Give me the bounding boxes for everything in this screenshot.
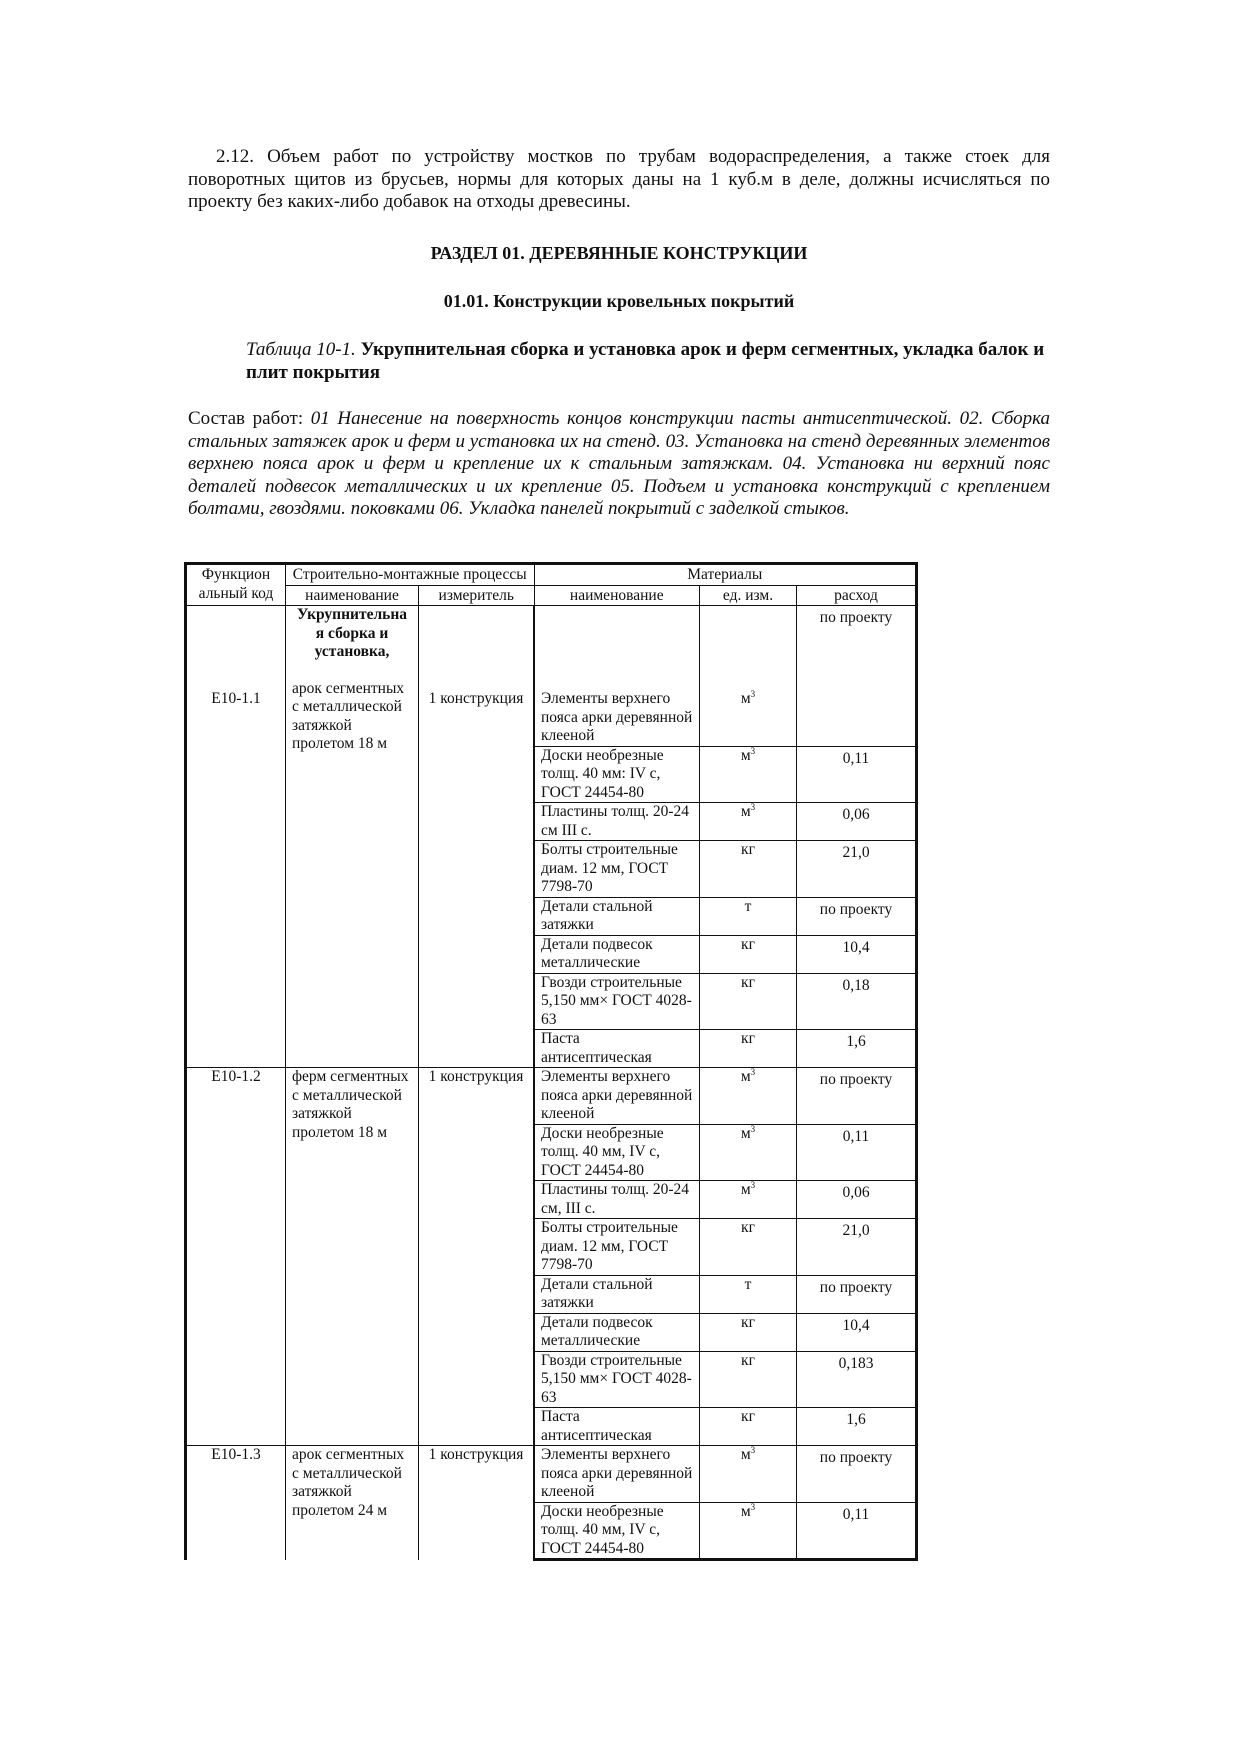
table-caption: Таблица 10-1. Укрупнительная сборка и ус… xyxy=(246,339,1050,384)
process-measure: 1 конструкция xyxy=(419,1068,535,1446)
material-qty: по проекту xyxy=(797,1068,917,1125)
unit-text: м xyxy=(741,747,751,764)
material-unit: т xyxy=(700,897,797,935)
material-unit: кг xyxy=(700,1030,797,1068)
material-name: Элементы верхнего пояса арки деревянной … xyxy=(534,1068,700,1125)
material-name: Доски необрезные толщ. 40 мм, IV с, ГОСТ… xyxy=(534,1502,700,1560)
material-name: Паста антисептическая xyxy=(534,1408,700,1446)
unit-text: м xyxy=(741,1503,751,1520)
header-process-name: наименование xyxy=(286,585,419,606)
section-title: РАЗДЕЛ 01. ДЕРЕВЯННЫЕ КОНСТРУКЦИИ xyxy=(188,243,1050,264)
intro-paragraph: 2.12. Объем работ по устройству мостков … xyxy=(188,146,1050,214)
material-qty: 0,06 xyxy=(797,803,917,841)
header-code: Функцион альный код xyxy=(186,564,286,606)
unit-text: кг xyxy=(741,1408,755,1425)
material-qty: по проекту xyxy=(797,606,917,747)
process-measure: 1 конструкция xyxy=(419,1446,535,1560)
material-unit: м3 xyxy=(700,1124,797,1181)
unit-text: м xyxy=(741,1181,751,1198)
process-name: арок сегментных с металлической затяжкой… xyxy=(286,1446,419,1560)
function-code: Е10-1.2 xyxy=(186,1068,286,1446)
work-composition-label: Состав работ: xyxy=(188,408,303,429)
material-name: Детали стальной затяжки xyxy=(534,897,700,935)
unit-superscript: 3 xyxy=(751,689,756,699)
unit-text: кг xyxy=(741,1219,755,1236)
work-composition-text: 01 Нанесение на поверхность концов конст… xyxy=(188,408,1050,519)
material-qty: 10,4 xyxy=(797,935,917,973)
material-name: Детали стальной затяжки xyxy=(534,1275,700,1313)
material-unit: м3 xyxy=(700,1502,797,1560)
unit-text: м xyxy=(741,690,751,707)
document-page: 2.12. Объем работ по устройству мостков … xyxy=(188,146,1050,214)
material-unit: кг xyxy=(700,841,797,898)
unit-superscript: 3 xyxy=(751,1124,756,1134)
material-qty: по проекту xyxy=(797,1446,917,1503)
material-qty: 21,0 xyxy=(797,1219,917,1276)
material-unit: кг xyxy=(700,1351,797,1408)
unit-text: кг xyxy=(741,1030,755,1047)
table-caption-label: Таблица 10-1. xyxy=(246,339,356,360)
material-unit: м3 xyxy=(700,1068,797,1125)
unit-text: т xyxy=(745,898,752,915)
unit-superscript: 3 xyxy=(751,746,756,756)
material-unit: м3 xyxy=(700,803,797,841)
header-material-qty: расход xyxy=(797,585,917,606)
material-unit: м3 xyxy=(700,1446,797,1503)
group-title: Укрупнительна я сборка и установка, xyxy=(292,606,412,662)
material-unit: м3 xyxy=(700,606,797,747)
material-unit: м3 xyxy=(700,1181,797,1219)
function-code: Е10-1.1 xyxy=(186,606,286,1068)
process-name-text: ферм сегментных с металлической затяжкой… xyxy=(292,1068,408,1141)
process-name-text: арок сегментных с металлической затяжкой… xyxy=(292,680,404,753)
norms-table-body: Е10-1.1Укрупнительна я сборка и установк… xyxy=(186,606,917,1560)
material-qty: 0,11 xyxy=(797,1502,917,1560)
material-unit: кг xyxy=(700,1408,797,1446)
function-code: Е10-1.3 xyxy=(186,1446,286,1560)
material-name: Гвозди строительные 5,150 мм× ГОСТ 4028-… xyxy=(534,973,700,1030)
material-unit: м3 xyxy=(700,746,797,803)
unit-text: кг xyxy=(741,974,755,991)
unit-superscript: 3 xyxy=(751,802,756,812)
header-material-name: наименование xyxy=(534,585,700,606)
work-composition: Состав работ: 01 Нанесение на поверхност… xyxy=(188,408,1050,521)
process-name-text: арок сегментных с металлической затяжкой… xyxy=(292,1446,404,1519)
material-unit: кг xyxy=(700,973,797,1030)
unit-superscript: 3 xyxy=(751,1502,756,1512)
process-measure: 1 конструкция xyxy=(419,606,535,1068)
material-name: Элементы верхнего пояса арки деревянной … xyxy=(534,1446,700,1503)
material-name: Болты строительные диам. 12 мм, ГОСТ 779… xyxy=(534,841,700,898)
norms-table: Функцион альный код Строительно-монтажны… xyxy=(184,562,918,1561)
unit-text: кг xyxy=(741,841,755,858)
material-qty: 0,11 xyxy=(797,1124,917,1181)
material-name: Пластины толщ. 20-24 см III с. xyxy=(534,803,700,841)
unit-superscript: 3 xyxy=(751,1067,756,1077)
table-row: Е10-1.1Укрупнительна я сборка и установк… xyxy=(186,606,917,747)
material-name: Паста антисептическая xyxy=(534,1030,700,1068)
table-row: Е10-1.2ферм сегментных с металлической з… xyxy=(186,1068,917,1125)
unit-text: т xyxy=(745,1276,752,1293)
subsection-title: 01.01. Конструкции кровельных покрытий xyxy=(188,291,1050,312)
unit-text: м xyxy=(741,1068,751,1085)
material-qty: 1,6 xyxy=(797,1030,917,1068)
material-qty: по проекту xyxy=(797,1275,917,1313)
unit-text: м xyxy=(741,803,751,820)
header-materials: Материалы xyxy=(534,564,917,586)
material-name: Доски необрезные толщ. 40 мм, IV с, ГОСТ… xyxy=(534,1124,700,1181)
material-unit: т xyxy=(700,1275,797,1313)
unit-superscript: 3 xyxy=(751,1180,756,1190)
material-qty: 0,11 xyxy=(797,746,917,803)
material-name: Болты строительные диам. 12 мм, ГОСТ 779… xyxy=(534,1219,700,1276)
material-unit: кг xyxy=(700,1219,797,1276)
material-unit: кг xyxy=(700,935,797,973)
material-name: Гвозди строительные 5,150 мм× ГОСТ 4028-… xyxy=(534,1351,700,1408)
material-unit: кг xyxy=(700,1313,797,1351)
header-process-measure: измеритель xyxy=(419,585,535,606)
unit-text: кг xyxy=(741,1314,755,1331)
table-row: Е10-1.3арок сегментных с металлической з… xyxy=(186,1446,917,1503)
material-qty: 0,18 xyxy=(797,973,917,1030)
material-name: Элементы верхнего пояса арки деревянной … xyxy=(534,606,700,747)
material-name: Детали подвесок металлические xyxy=(534,1313,700,1351)
unit-text: кг xyxy=(741,1352,755,1369)
material-qty: 0,06 xyxy=(797,1181,917,1219)
table-caption-title: Укрупнительная сборка и установка арок и… xyxy=(246,339,1044,383)
material-name: Доски необрезные толщ. 40 мм: IV с, ГОСТ… xyxy=(534,746,700,803)
header-material-unit: ед. изм. xyxy=(700,585,797,606)
material-name: Пластины толщ. 20-24 см, III с. xyxy=(534,1181,700,1219)
header-processes: Строительно-монтажные процессы xyxy=(286,564,535,586)
unit-text: м xyxy=(741,1446,751,1463)
material-qty: 10,4 xyxy=(797,1313,917,1351)
process-name: ферм сегментных с металлической затяжкой… xyxy=(286,1068,419,1446)
process-name: Укрупнительна я сборка и установка,арок … xyxy=(286,606,419,1068)
material-qty: 1,6 xyxy=(797,1408,917,1446)
unit-text: м xyxy=(741,1125,751,1142)
material-qty: по проекту xyxy=(797,897,917,935)
unit-superscript: 3 xyxy=(751,1445,756,1455)
material-name: Детали подвесок металлические xyxy=(534,935,700,973)
unit-text: кг xyxy=(741,936,755,953)
material-qty: 21,0 xyxy=(797,841,917,898)
material-qty: 0,183 xyxy=(797,1351,917,1408)
